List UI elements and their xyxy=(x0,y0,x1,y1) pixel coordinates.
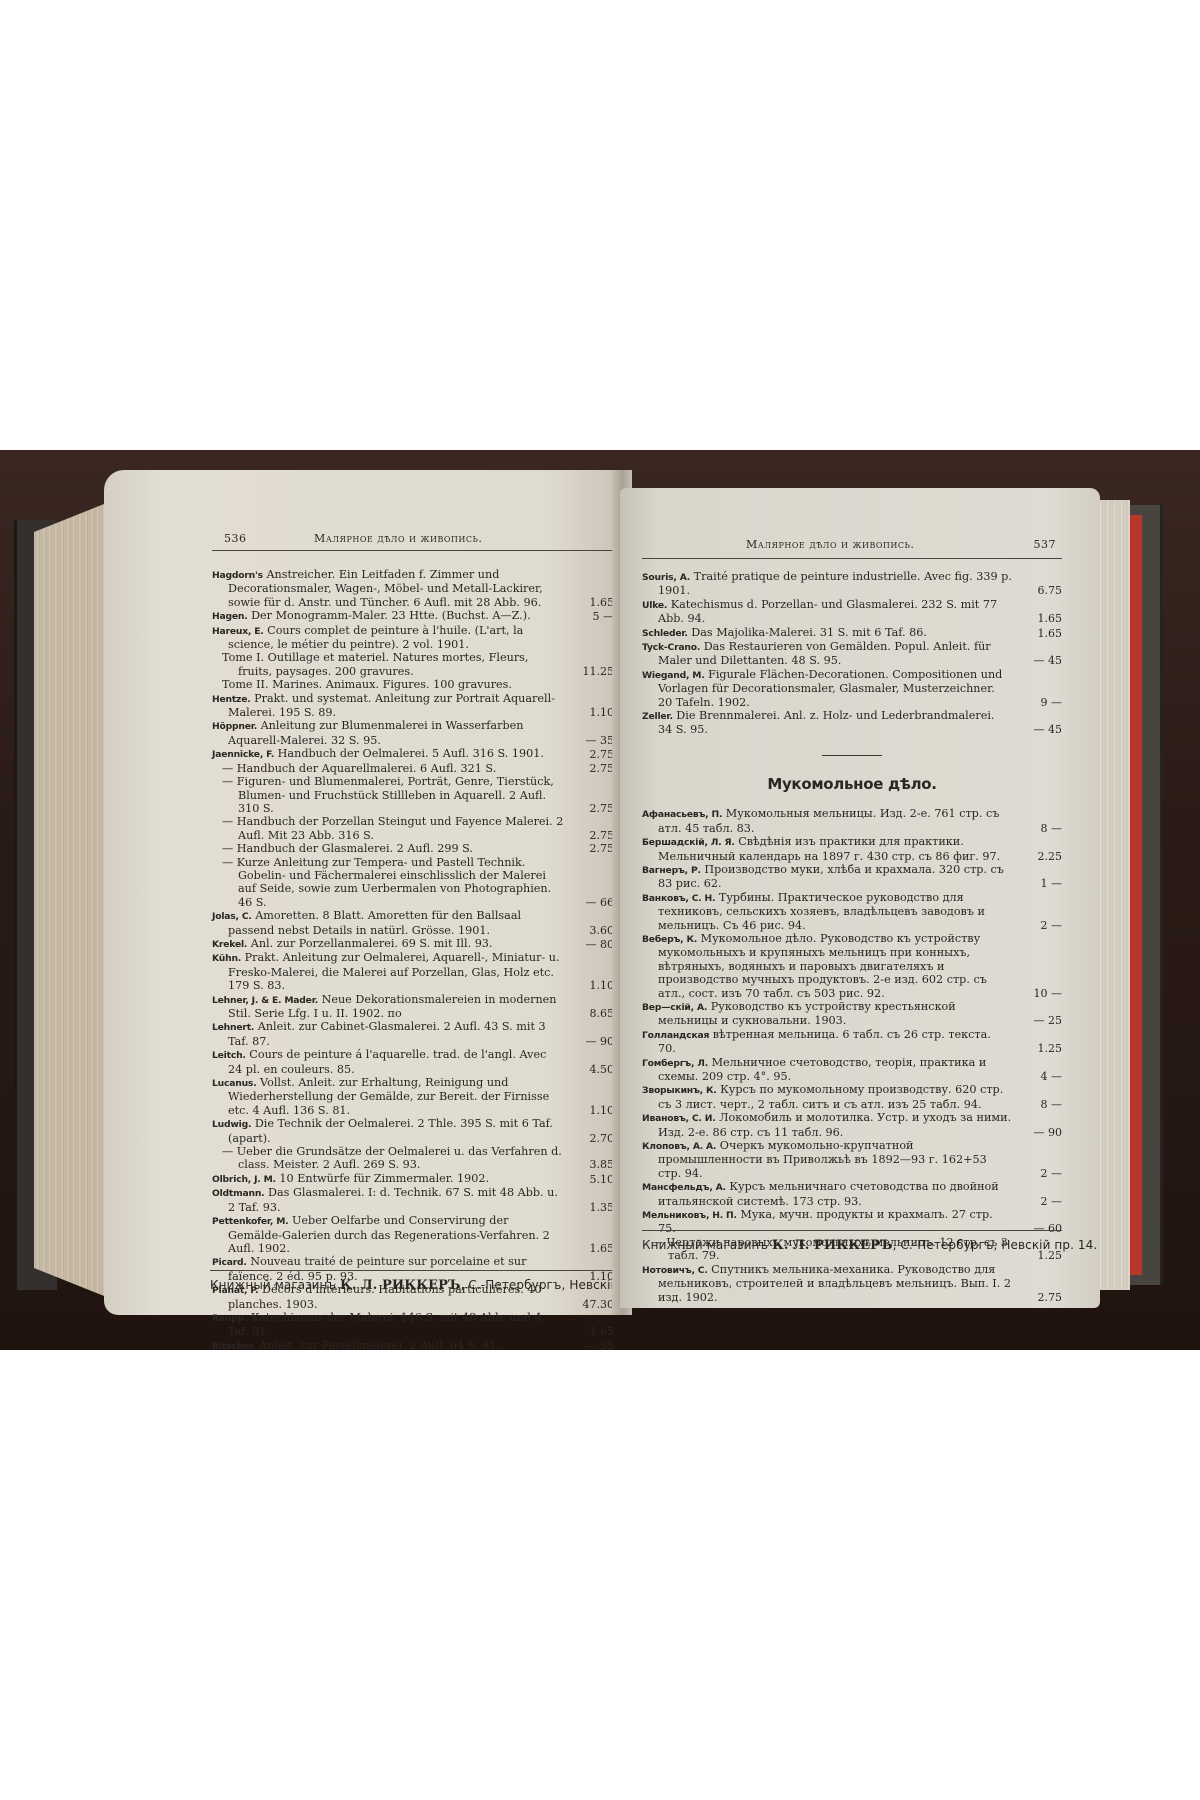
entry-price: 1.35 xyxy=(570,1201,614,1214)
entry-title: — Kurze Anleitung zur Tempera- und Paste… xyxy=(222,856,551,909)
entry-price: 2 — xyxy=(1018,1195,1062,1208)
right-page: Малярное дѣло и живопись. 537 Souris, A.… xyxy=(620,488,1100,1308)
running-head: Малярное дѣло и живопись. xyxy=(314,532,482,545)
catalog-entry: — Ueber die Grundsätze der Oelmalerei u.… xyxy=(212,1145,614,1172)
entry-price: 4 — xyxy=(1018,1070,1062,1083)
entry-author: Веберъ, К. xyxy=(642,934,697,945)
catalog-entry: Krekel. Anl. zur Porzellanmalerei. 69 S.… xyxy=(212,937,614,951)
entry-author: Kühn. xyxy=(212,953,241,964)
catalog-entry: Jaennicke, F. Handbuch der Oelmalerei. 5… xyxy=(212,747,614,761)
entry-price: — 80 xyxy=(570,938,614,951)
entry-author: Вагнеръ, Р. xyxy=(642,865,701,876)
catalog-entry: Гомбергъ, Л. Мельничное счетоводство, те… xyxy=(642,1056,1062,1084)
catalog-entry: — Kurze Anleitung zur Tempera- und Paste… xyxy=(212,856,614,910)
catalog-entry: Höppner. Anleitung zur Blumenmalerei in … xyxy=(212,719,614,747)
entry-price: 1.10 xyxy=(570,1104,614,1117)
catalog-entry: Ulke. Katechismus d. Porzellan- und Glas… xyxy=(642,598,1062,626)
catalog-entry: Hagen. Der Monogramm-Maler. 23 Htte. (Bu… xyxy=(212,609,614,623)
footer-rule xyxy=(642,1230,1062,1231)
entry-author: Hareux, E. xyxy=(212,626,264,637)
catalog-entry: Leitch. Cours de peinture á l'aquarelle.… xyxy=(212,1048,614,1076)
catalog-entry: Zeller. Die Brennmalerei. Anl. z. Holz- … xyxy=(642,709,1062,737)
entry-author: Вер—скій, А. xyxy=(642,1002,707,1013)
entry-author: Ulke. xyxy=(642,600,667,611)
entry-price: 1.65 xyxy=(570,1325,614,1338)
entry-title: Мукомольное дѣло. Руководство къ устройс… xyxy=(658,932,987,1000)
entry-author: Lucanus. xyxy=(212,1078,256,1089)
entry-price: 2.75 xyxy=(570,829,614,842)
entry-price: 1.65 xyxy=(570,1242,614,1255)
entry-price: — 90 xyxy=(570,1035,614,1048)
entry-price: 4.50 xyxy=(570,1063,614,1076)
entry-title: Handbuch der Oelmalerei. 5 Aufl. 316 S. … xyxy=(274,747,544,760)
entry-author: Zeller. xyxy=(642,711,673,722)
entry-price: 1 — xyxy=(1018,877,1062,890)
entry-title: — Figuren- und Blumenmalerei, Porträt, G… xyxy=(222,775,554,815)
entry-title: Der Monogramm-Maler. 23 Htte. (Buchst. A… xyxy=(248,609,531,622)
catalog-entry: Ванковъ, С. Н. Турбины. Практическое рук… xyxy=(642,891,1062,932)
entry-price: 6.75 xyxy=(1018,584,1062,597)
entry-price: 1.65 xyxy=(570,596,614,609)
entry-title: — Handbuch der Porzellan Steingut und Fa… xyxy=(222,815,563,841)
left-footer: Книжный магазинъ К. Л. РИККЕРЪ, С.-Петер… xyxy=(210,1278,665,1293)
entry-price: — 90 xyxy=(1018,1126,1062,1139)
catalog-entry: — Handbuch der Porzellan Steingut und Fa… xyxy=(212,815,614,842)
catalog-entry: Мансфельдъ, А. Курсъ мельничнаго счетово… xyxy=(642,1180,1062,1208)
entry-title: Anleit. zur Pastellmalerei. 2 Aufl. 64 S… xyxy=(255,1339,500,1352)
catalog-entry: Афанасьевъ, П. Мукомольныя мельницы. Изд… xyxy=(642,807,1062,835)
entry-price: 8 — xyxy=(1018,822,1062,835)
catalog-entry: Lucanus. Vollst. Anleit. zur Erhaltung, … xyxy=(212,1076,614,1117)
entry-title: Anleit. zur Cabinet-Glasmalerei. 2 Aufl.… xyxy=(228,1020,546,1047)
entry-author: Нотовичъ, С. xyxy=(642,1265,708,1276)
entry-price: 1.65 xyxy=(1018,612,1062,625)
entry-price: 2.75 xyxy=(1018,1291,1062,1304)
entry-price: 3.85 xyxy=(570,1158,614,1171)
catalog-entry: Wiegand, M. Figurale Flächen-Decoratione… xyxy=(642,668,1062,709)
entry-title: — Handbuch der Aquarellmalerei. 6 Aufl. … xyxy=(222,762,496,775)
catalog-entry: Oldtmann. Das Glasmalerei. I: d. Technik… xyxy=(212,1186,614,1214)
entry-title: Das Majolika-Malerei. 31 S. mit 6 Taf. 8… xyxy=(688,626,927,639)
entry-title: Tome II. Marines. Animaux. Figures. 100 … xyxy=(222,678,512,691)
catalog-entry: Pettenkofer, M. Ueber Oelfarbe und Conse… xyxy=(212,1214,614,1255)
footer-publisher: К. Л. РИККЕРЪ xyxy=(772,1238,893,1253)
catalog-entry: — Handbuch der Glasmalerei. 2 Aufl. 299 … xyxy=(212,842,614,855)
entry-author: Tyck-Crano. xyxy=(642,642,700,653)
entry-title: Figurale Flächen-Decorationen. Compositi… xyxy=(658,668,1002,709)
right-footer: Книжный магазинъ К. Л. РИККЕРЪ, С.-Петер… xyxy=(642,1238,1097,1253)
entry-title: Die Brennmalerei. Anl. z. Holz- und Lede… xyxy=(658,709,994,736)
left-page-header: 536 Малярное дѣло и живопись. xyxy=(224,532,624,545)
entry-author: Lehnert. xyxy=(212,1022,254,1033)
entry-author: Jaennicke, F. xyxy=(212,749,274,760)
entry-price: — 35 xyxy=(570,734,614,747)
catalog-entry: — Figuren- und Blumenmalerei, Porträt, G… xyxy=(212,775,614,815)
entry-title: 10 Entwürfe für Zimmermaler. 1902. xyxy=(276,1172,489,1185)
catalog-entry: Lehnert. Anleit. zur Cabinet-Glasmalerei… xyxy=(212,1020,614,1048)
catalog-entry: Tyck-Crano. Das Restaurieren von Gemälde… xyxy=(642,640,1062,668)
catalog-entry: — Handbuch der Aquarellmalerei. 6 Aufl. … xyxy=(212,762,614,775)
catalog-entry: Вер—скій, А. Руководство къ устройству к… xyxy=(642,1000,1062,1028)
entry-price: — 25 xyxy=(1018,1014,1062,1027)
catalog-entry: Ludwig. Die Technik der Oelmalerei. 2 Th… xyxy=(212,1117,614,1145)
catalog-entry: Мельниковъ, Н. П. Мука, мучн. продукты и… xyxy=(642,1208,1062,1236)
entry-author: Raupp. xyxy=(212,1313,247,1324)
entry-author: Schleder. xyxy=(642,628,688,639)
entry-author: Olbrich, J. M. xyxy=(212,1174,276,1185)
right-entries-top: Souris, A. Traité pratique de peinture i… xyxy=(642,570,1062,737)
entry-author: Wiegand, M. xyxy=(642,670,705,681)
catalog-entry: Голландская вѣтренная мельница. 6 табл. … xyxy=(642,1028,1062,1056)
catalog-entry: Hentze. Prakt. und systemat. Anleitung z… xyxy=(212,692,614,720)
entry-price: 47.30 xyxy=(570,1298,614,1311)
entry-title: Katechismus d. Porzellan- und Glasmalere… xyxy=(658,598,997,625)
catalog-entry: Lehner, J. & E. Mader. Neue Dekorationsm… xyxy=(212,993,614,1021)
catalog-entry: Schleder. Das Majolika-Malerei. 31 S. mi… xyxy=(642,626,1062,640)
entry-price: 1.10 xyxy=(570,706,614,719)
entry-title: Cours complet de peinture à l'huile. (L'… xyxy=(228,624,523,651)
footer-rule xyxy=(210,1270,614,1271)
entry-title: Katechismus der Malerei. 146 S. mit 48 A… xyxy=(228,1311,542,1338)
page-number: 536 xyxy=(224,532,314,545)
left-page: 536 Малярное дѣло и живопись. Hagdorn's … xyxy=(104,470,624,1315)
entry-title: Das Restaurieren von Gemälden. Popul. An… xyxy=(658,640,991,667)
page-number: 537 xyxy=(1034,538,1057,551)
entry-author: Höppner. xyxy=(212,721,257,732)
catalog-entry: Клоповъ, А. А. Очеркъ мукомольно-крупчат… xyxy=(642,1139,1062,1180)
catalog-entry: Ивановъ, С. И. Локомобиль и молотилка. У… xyxy=(642,1111,1062,1139)
entry-title: Traité pratique de peinture industrielle… xyxy=(658,570,1012,597)
entry-price: 1.10 xyxy=(570,979,614,992)
entry-price: 1.65 xyxy=(1018,627,1062,640)
entry-title: Das Glasmalerei. I: d. Technik. 67 S. mi… xyxy=(228,1186,558,1213)
entry-title: Prakt. und systemat. Anleitung zur Portr… xyxy=(228,692,555,719)
catalog-entry: Нотовичъ, С. Спутникъ мельника-механика.… xyxy=(642,1263,1062,1304)
catalog-entry: Tome I. Outillage et materiel. Natures m… xyxy=(212,651,614,678)
catalog-entry: Raupp. Katechismus der Malerei. 146 S. m… xyxy=(212,1311,614,1339)
entry-price: 11.25 xyxy=(570,665,614,678)
entry-author: Ивановъ, С. И. xyxy=(642,1113,716,1124)
entry-price: 2.75 xyxy=(570,842,614,855)
entry-title: Мельничное счетоводство, теорія, практик… xyxy=(658,1056,986,1083)
entry-price: — 45 xyxy=(1018,654,1062,667)
entry-author: Мельниковъ, Н. П. xyxy=(642,1210,737,1221)
footer-prefix: Книжный магазинъ xyxy=(210,1278,340,1292)
entry-title: Tome I. Outillage et materiel. Natures m… xyxy=(222,651,528,677)
entry-title: Vollst. Anleit. zur Erhaltung, Reinigung… xyxy=(228,1076,549,1117)
section-divider xyxy=(822,755,882,756)
entry-author: Афанасьевъ, П. xyxy=(642,809,722,820)
entry-author: Зворыкинъ, К. xyxy=(642,1085,717,1096)
entry-author: Ванковъ, С. Н. xyxy=(642,893,715,904)
entry-title: Anleitung zur Blumenmalerei in Wasserfar… xyxy=(228,719,523,746)
entry-author: Souris, A. xyxy=(642,572,690,583)
entry-price: — 66 xyxy=(570,896,614,909)
entry-author: Hagdorn's xyxy=(212,570,263,581)
catalog-entry: Ritscher. Anleit. zur Pastellmalerei. 2 … xyxy=(212,1339,614,1353)
entry-price: 2 — xyxy=(1018,919,1062,932)
entry-author: Oldtmann. xyxy=(212,1188,264,1199)
left-entries-list: Hagdorn's Anstreicher. Ein Leitfaden f. … xyxy=(212,568,614,1353)
entry-author: Lehner, J. & E. Mader. xyxy=(212,995,318,1006)
entry-title: — Handbuch der Glasmalerei. 2 Aufl. 299 … xyxy=(222,842,473,855)
entry-price: 5 — xyxy=(570,610,614,623)
entry-price: 8 — xyxy=(1018,1098,1062,1111)
entry-price: 2.75 xyxy=(570,762,614,775)
page-edges-left xyxy=(34,500,114,1300)
catalog-entry: Olbrich, J. M. 10 Entwürfe für Zimmermal… xyxy=(212,1172,614,1186)
entry-title: Спутникъ мельника-механика. Руководство … xyxy=(658,1263,1011,1304)
entry-price: 5.10 xyxy=(570,1173,614,1186)
catalog-entry: Бершадскій, Л. Я. Свѣдѣнія изъ практики … xyxy=(642,835,1062,863)
header-rule xyxy=(212,550,612,551)
entry-author: Leitch. xyxy=(212,1050,246,1061)
entry-price: 3.60 xyxy=(570,924,614,937)
entry-author: Jolas, C. xyxy=(212,911,252,922)
entry-price: 2 — xyxy=(1018,1167,1062,1180)
right-entries-wrapper: Souris, A. Traité pratique de peinture i… xyxy=(642,570,1062,1304)
entry-price: 8.65 xyxy=(570,1007,614,1020)
catalog-entry: Hareux, E. Cours complet de peinture à l… xyxy=(212,624,614,652)
entry-price: — 45 xyxy=(1018,723,1062,736)
page-edges-right xyxy=(1096,500,1130,1290)
entry-title: Производство муки, хлѣба и крахмала. 320… xyxy=(658,863,1004,890)
entry-price: 10 — xyxy=(1018,987,1062,1000)
catalog-entry: Souris, A. Traité pratique de peinture i… xyxy=(642,570,1062,598)
running-head: Малярное дѣло и живопись. xyxy=(746,538,1034,551)
entry-author: Гомбергъ, Л. xyxy=(642,1058,708,1069)
entry-author: Krekel. xyxy=(212,939,247,950)
entry-title: Amoretten. 8 Blatt. Amoretten für den Ba… xyxy=(228,909,521,936)
right-page-header: Малярное дѣло и живопись. 537 xyxy=(746,538,1056,551)
footer-address: , С.-Петербургъ, Невскій пр. 14. xyxy=(893,1238,1098,1252)
entry-title: Cours de peinture á l'aquarelle. trad. d… xyxy=(228,1048,546,1075)
entry-title: Anstreicher. Ein Leitfaden f. Zimmer und… xyxy=(228,568,543,609)
catalog-entry: Kühn. Prakt. Anleitung zur Oelmalerei, A… xyxy=(212,951,614,992)
entry-author: Мансфельдъ, А. xyxy=(642,1182,726,1193)
entry-title: Anl. zur Porzellanmalerei. 69 S. mit Ill… xyxy=(247,937,492,950)
entry-price: 2.70 xyxy=(570,1132,614,1145)
entry-author: Ritscher. xyxy=(212,1341,255,1352)
entry-author: Голландская xyxy=(642,1030,709,1041)
entry-price: 2.75 xyxy=(570,748,614,761)
entry-title: Die Technik der Oelmalerei. 2 Thle. 395 … xyxy=(228,1117,553,1144)
section-title: Мукомольное дѣло. xyxy=(642,778,1062,791)
entry-author: Picard. xyxy=(212,1257,247,1268)
entry-author: Бершадскій, Л. Я. xyxy=(642,837,735,848)
entry-author: Ludwig. xyxy=(212,1119,251,1130)
entry-title: — Ueber die Grundsätze der Oelmalerei u.… xyxy=(222,1145,562,1171)
entry-price: 2.25 xyxy=(1018,850,1062,863)
entry-price: 9 — xyxy=(1018,696,1062,709)
header-rule xyxy=(642,558,1062,559)
catalog-entry: Jolas, C. Amoretten. 8 Blatt. Amoretten … xyxy=(212,909,614,937)
footer-publisher: К. Л. РИККЕРЪ xyxy=(340,1278,461,1293)
entry-price: 2.75 xyxy=(570,802,614,815)
footer-prefix: Книжный магазинъ xyxy=(642,1238,772,1252)
entry-author: Pettenkofer, M. xyxy=(212,1216,288,1227)
entry-author: Клоповъ, А. А. xyxy=(642,1141,716,1152)
entry-author: Hentze. xyxy=(212,694,251,705)
catalog-entry: Зворыкинъ, К. Курсъ по мукомольному прои… xyxy=(642,1083,1062,1111)
entry-price: — 55 xyxy=(570,1340,614,1353)
entry-price: 1.25 xyxy=(1018,1042,1062,1055)
catalog-entry: Вагнеръ, Р. Производство муки, хлѣба и к… xyxy=(642,863,1062,891)
catalog-entry: Tome II. Marines. Animaux. Figures. 100 … xyxy=(212,678,614,691)
entry-title: Prakt. Anleitung zur Oelmalerei, Aquarel… xyxy=(228,951,560,992)
entry-author: Hagen. xyxy=(212,611,248,622)
catalog-entry: Hagdorn's Anstreicher. Ein Leitfaden f. … xyxy=(212,568,614,609)
catalog-entry: Веберъ, К. Мукомольное дѣло. Руководство… xyxy=(642,932,1062,1000)
